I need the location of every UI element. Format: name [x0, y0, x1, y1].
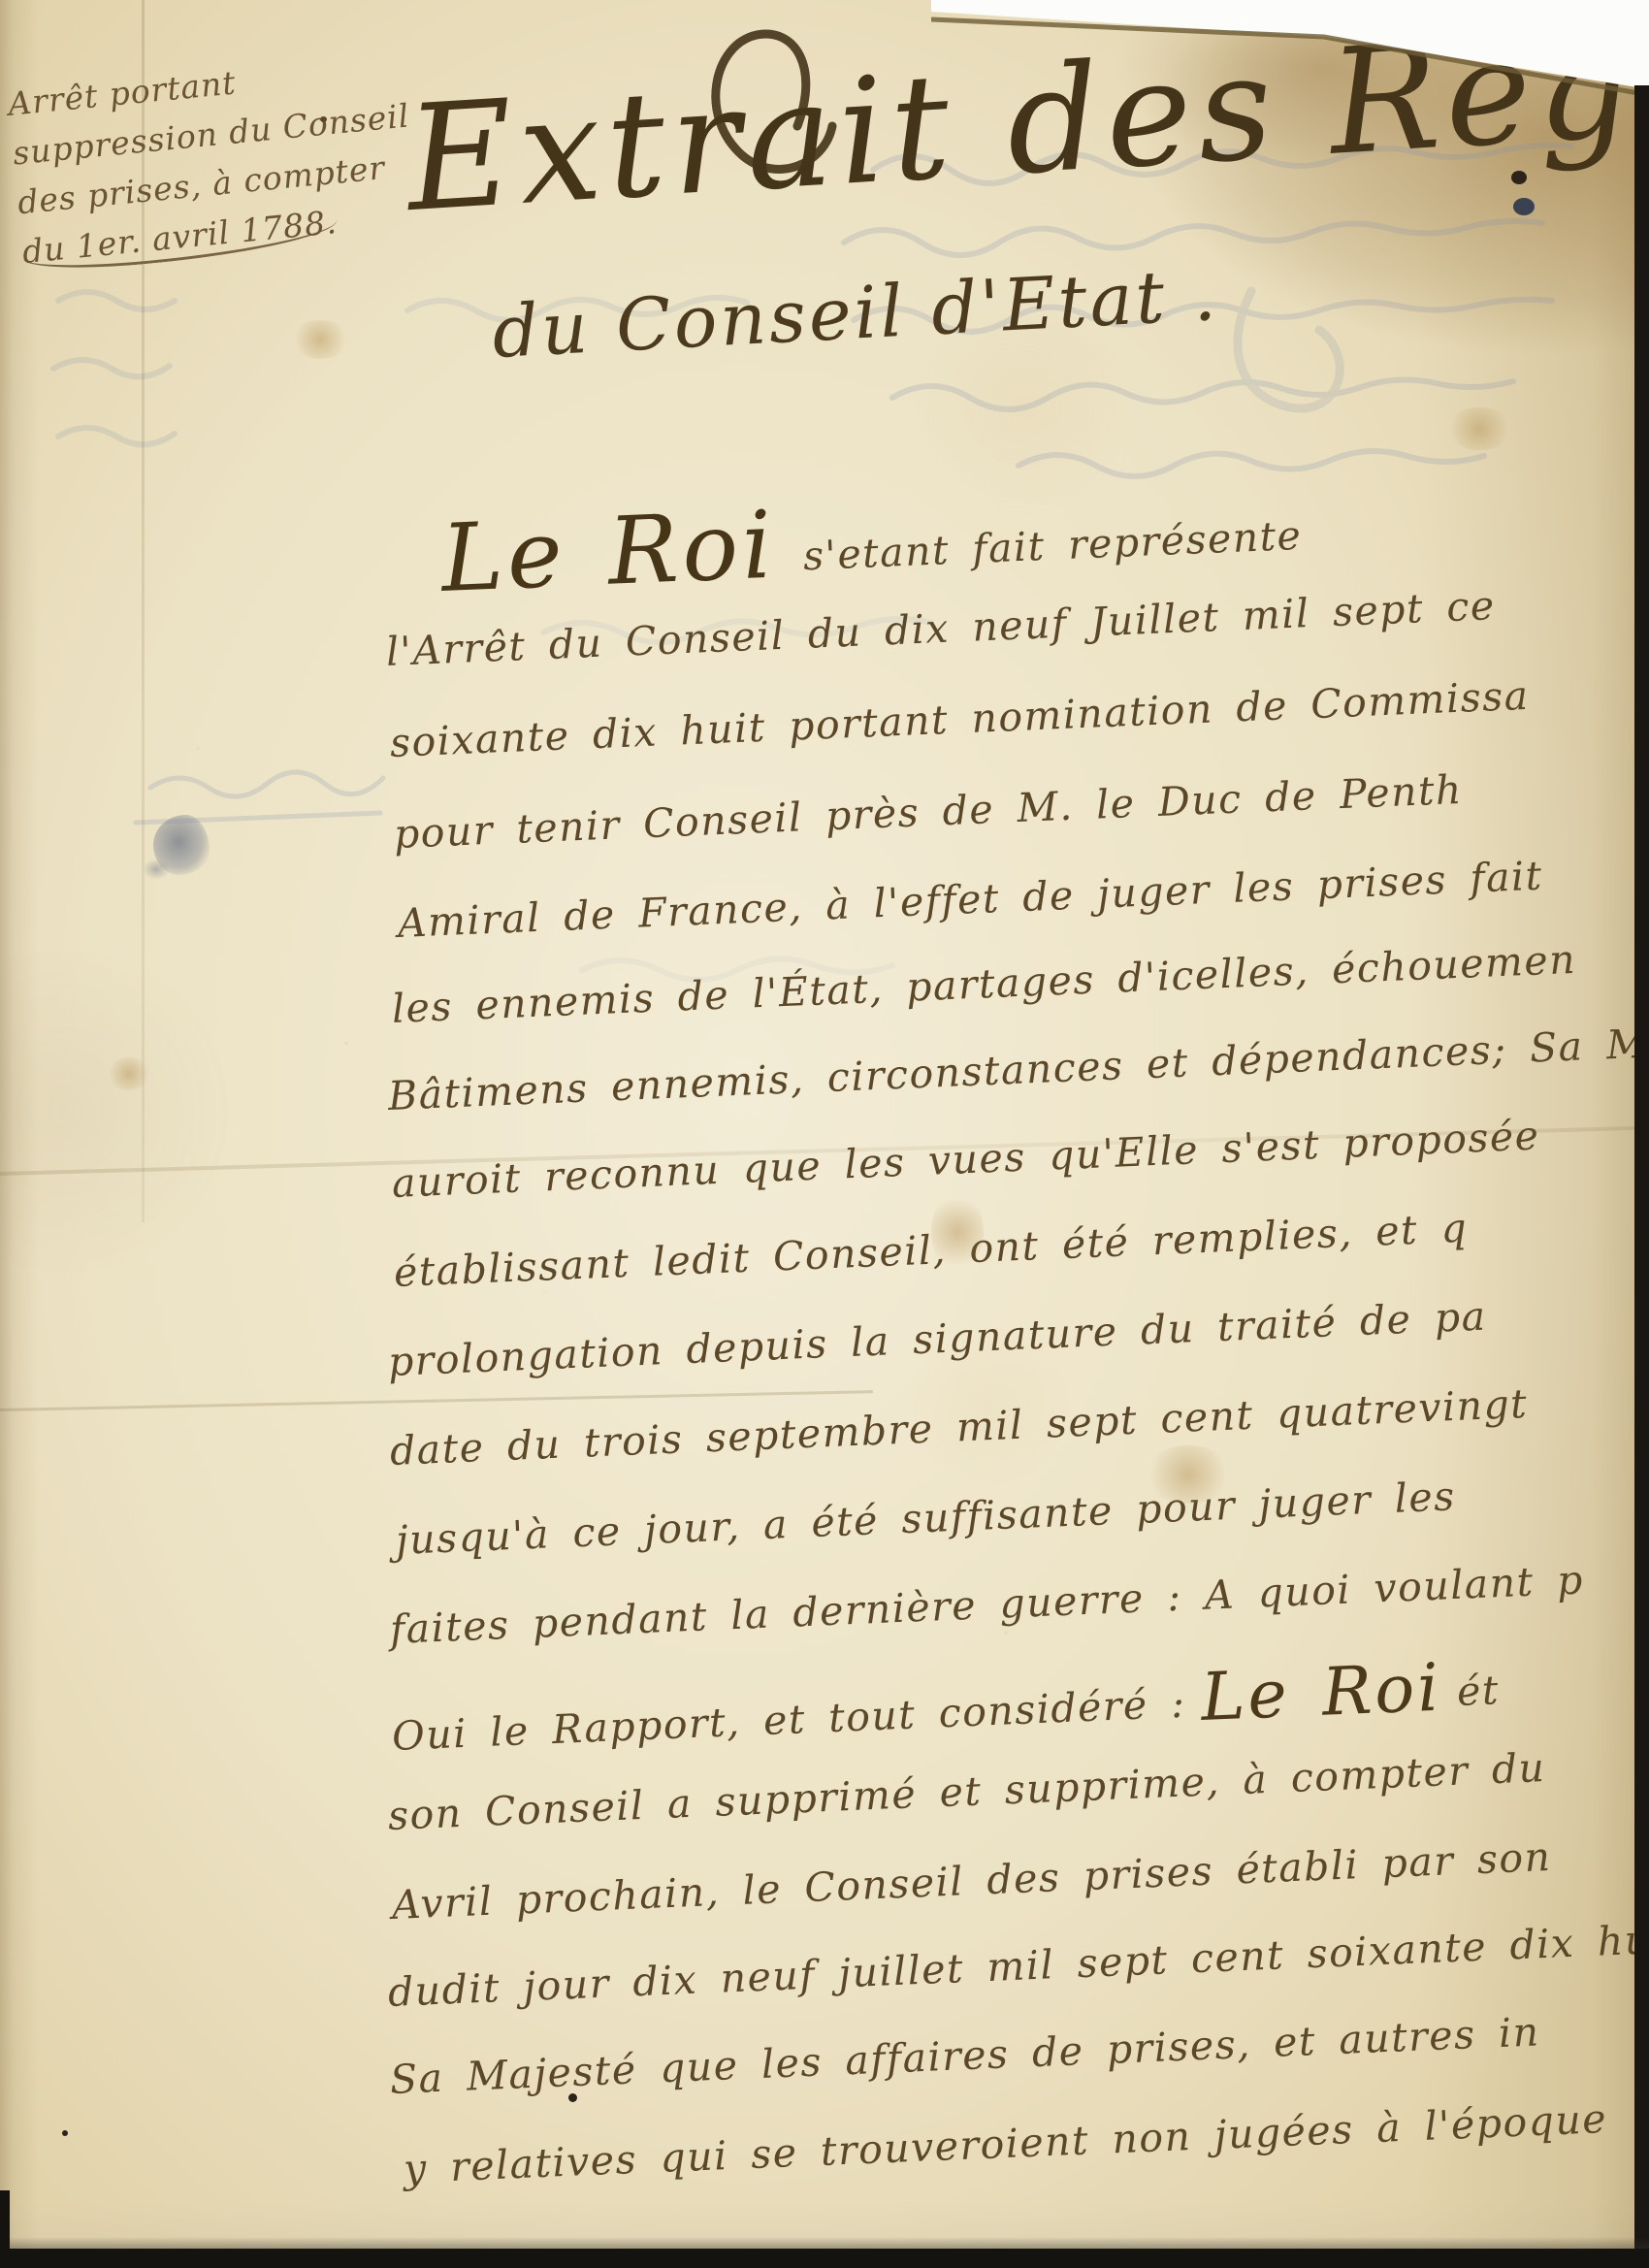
foxing-spot: [1445, 407, 1513, 450]
ink-speck: [1513, 198, 1535, 215]
body-line-14-post: ét: [1456, 1667, 1501, 1715]
body-line-19: y relatives qui se trouveroient non jugé…: [403, 2095, 1608, 2192]
scanner-edge-bottom: [0, 2249, 1649, 2268]
body-line-18: Sa Majesté que les affaires de prises, e…: [389, 2008, 1540, 2103]
foxing-spot: [107, 1057, 151, 1090]
ink-speck: [62, 2130, 68, 2136]
body-line-17: dudit jour dix neuf juillet mil sept cen…: [387, 1913, 1649, 2016]
body-line-1: Le Rois'etant fait représente: [439, 469, 1304, 613]
body-line-13: faites pendant la dernière guerre : A qu…: [389, 1556, 1585, 1653]
scanner-edge-right: [1634, 85, 1649, 2268]
gray-ink-stain-small: [144, 859, 169, 879]
ink-speck: [1511, 171, 1527, 184]
manuscript-page: Arrêt portant suppression du Conseil des…: [0, 0, 1649, 2268]
body-line-1-text: s'etant fait représente: [802, 512, 1303, 580]
body-line-3: soixante dix huit portant nomination de …: [389, 672, 1531, 766]
foxing-spot: [1145, 1445, 1232, 1504]
body-line-12: jusqu'à ce jour, a été suffisante pour j…: [395, 1473, 1457, 1564]
ink-speck: [320, 116, 327, 122]
body-line-16: Avril prochain, le Conseil des prises ét…: [391, 1833, 1552, 1928]
foxing-spot: [931, 1193, 984, 1271]
body-line-14-pre: Oui le Rapport, et tout considéré :: [391, 1680, 1186, 1760]
le-roi-mid: Le Roi: [1200, 1650, 1443, 1736]
vertical-fold-crease: [142, 0, 145, 1222]
body-line-14: Oui le Rapport, et tout considéré :Le Ro…: [390, 1647, 1501, 1770]
body-line-9: établissant ledit Conseil, ont été rempl…: [393, 1205, 1469, 1296]
body-line-11: date du trois septembre mil sept cent qu…: [389, 1380, 1529, 1474]
le-roi-opening: Le Roi: [439, 491, 778, 613]
body-line-6: les ennemis de l'État, partages d'icelle…: [391, 936, 1577, 1032]
body-line-4: pour tenir Conseil près de M. le Duc de …: [393, 766, 1464, 858]
foxing-spot: [291, 320, 349, 359]
body-line-10: prolongation depuis la signature du trai…: [387, 1293, 1487, 1385]
body-line-5: Amiral de France, à l'effet de juger les…: [397, 853, 1544, 947]
scanner-edge-bottom-left: [0, 2190, 10, 2268]
ink-speck: [568, 2093, 577, 2102]
body-line-7: Bâtimens ennemis, circonstances et dépen…: [387, 1021, 1649, 1119]
